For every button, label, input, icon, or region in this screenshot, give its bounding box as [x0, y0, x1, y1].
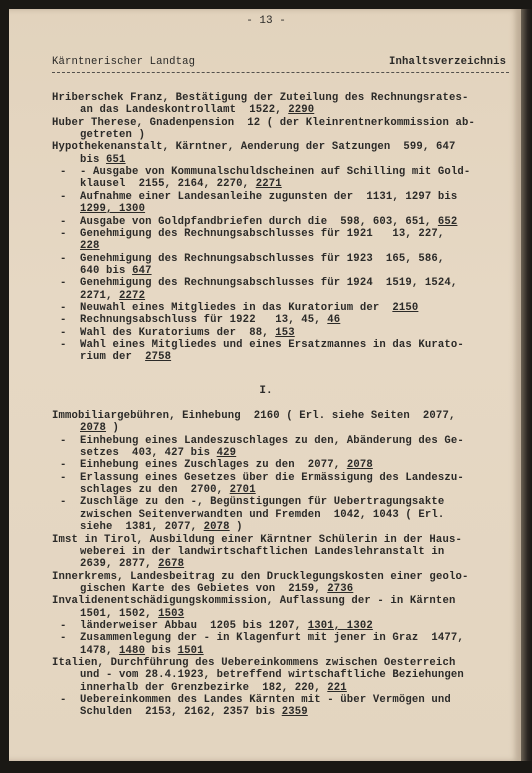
page-reference: 2758: [145, 351, 171, 363]
index-subentry: rium der 2758: [80, 351, 171, 363]
index-subentry: Wahl eines Mitgliedes und eines Ersatzma…: [80, 339, 464, 351]
entry-text: Neuwahl eines Mitgliedes in das Kuratori…: [80, 302, 392, 314]
entry-text: Schulden 2153, 2162, 2357 bis: [80, 706, 282, 718]
list-bullet-dash: -: [60, 191, 67, 203]
entry-text: ): [230, 521, 243, 533]
entry-text: Ausbildung einer Kärntner Schülerin in d…: [143, 534, 462, 546]
index-subentry: 1478, 1480 bis 1501: [80, 645, 204, 657]
index-subentry: Genehmigung des Rechnungsabschlusses für…: [80, 228, 444, 240]
page-reference: 651: [106, 154, 126, 166]
entry-text: Wahl eines Mitgliedes und eines Ersatzma…: [80, 339, 464, 351]
entry-text: Aufnahme einer Landesanleihe zugunsten d…: [80, 191, 457, 203]
list-bullet-dash: -: [60, 166, 67, 178]
entry-text: und - vom 28.4.1923, betreffend wirtscha…: [80, 669, 464, 681]
page-reference: 2359: [282, 706, 308, 718]
index-subentry: 2639, 2877, 2678: [80, 558, 184, 570]
entry-text: Einhebung eines Landeszuschlages zu den,…: [80, 435, 464, 447]
page-reference: 2271: [256, 178, 282, 190]
page-reference: 2701: [230, 484, 256, 496]
index-entry: Imst in Tirol, Ausbildung einer Kärntner…: [52, 534, 462, 546]
page-reference: 2272: [119, 290, 145, 302]
entry-text: siehe 1381, 2077,: [80, 521, 204, 533]
index-subentry: 1501, 1502, 1503: [80, 608, 184, 620]
entry-text: schlages zu den 2700,: [80, 484, 230, 496]
index-subentry: Einhebung eines Zuschlages zu den 2077, …: [80, 459, 373, 471]
entry-keyword: Innerkrems,: [52, 571, 124, 583]
list-bullet-dash: -: [60, 327, 67, 339]
page-reference: 1480: [119, 645, 145, 657]
entry-text: Wahl des Kuratoriums der 88,: [80, 327, 275, 339]
index-subentry: und - vom 28.4.1923, betreffend wirtscha…: [80, 669, 464, 681]
entry-text: Rechnungsabschluss für 1922 13, 45,: [80, 314, 327, 326]
entry-text: Uebereinkommen des Landes Kärnten mit - …: [80, 694, 451, 706]
index-subentry: Genehmigung des Rechnungsabschlusses für…: [80, 277, 457, 289]
list-bullet-dash: -: [60, 314, 67, 326]
list-bullet-dash: -: [60, 302, 67, 314]
entry-text: Genehmigung des Rechnungsabschlusses für…: [80, 277, 457, 289]
page-reference: 1501: [178, 645, 204, 657]
index-subentry: schlages zu den 2700, 2701: [80, 484, 256, 496]
entry-text: Durchführung des Uebereinkommens zwische…: [104, 657, 455, 669]
entry-keyword: Hypothekenanstalt,: [52, 141, 169, 153]
list-bullet-dash: -: [60, 253, 67, 265]
page-reference: 153: [275, 327, 295, 339]
list-bullet-dash: -: [60, 277, 67, 289]
index-subentry: weberei in der landwirtschaftlichen Land…: [80, 546, 444, 558]
page-reference: 46: [327, 314, 340, 326]
header-title: Kärntnerischer Landtag: [52, 56, 195, 68]
index-subentry: Genehmigung des Rechnungsabschlusses für…: [80, 253, 444, 265]
entry-text: Einhebung 2160 ( Erl. siehe Seiten 2077,: [176, 410, 456, 422]
entry-text: Zusammenlegung der - in Klagenfurt mit j…: [80, 632, 464, 644]
list-bullet-dash: -: [60, 339, 67, 351]
index-subentry: Neuwahl eines Mitgliedes in das Kuratori…: [80, 302, 418, 314]
index-subentry: getreten ): [80, 129, 145, 141]
entry-text: ): [106, 422, 119, 434]
entry-text: 1478,: [80, 645, 119, 657]
entry-text: - Ausgabe von Kommunalschuldscheinen auf…: [80, 166, 470, 178]
page-number: - 13 -: [0, 15, 532, 27]
entry-text: an das Landeskontrollamt 1522,: [80, 104, 288, 116]
entry-text: Bestätigung der Zuteilung des Rechnungsr…: [169, 92, 468, 104]
index-subentry: 1299, 1300: [80, 203, 145, 215]
entry-text: zwischen Seitenverwandten und Fremden 10…: [80, 509, 444, 521]
entry-text: Zuschläge zu den -, Begünstigungen für U…: [80, 496, 444, 508]
page-reference: 2078: [204, 521, 230, 533]
entry-keyword: Imst in Tirol,: [52, 534, 143, 546]
entry-text: Ausgabe von Goldpfandbriefen durch die 5…: [80, 216, 438, 228]
index-subentry: an das Landeskontrollamt 1522, 2290: [80, 104, 314, 116]
entry-keyword: Italien,: [52, 657, 104, 669]
entry-text: Gnadenpension 12 ( der Kleinrentnerkommi…: [143, 117, 475, 129]
index-subentry: - Ausgabe von Kommunalschuldscheinen auf…: [80, 166, 470, 178]
index-entry: Hriberschek Franz, Bestätigung der Zutei…: [52, 92, 468, 104]
index-subentry: Zusammenlegung der - in Klagenfurt mit j…: [80, 632, 464, 644]
section-heading: I.: [0, 385, 532, 397]
entry-text: Auflassung der - in Kärnten: [273, 595, 455, 607]
page-reference: 1301, 1302: [308, 620, 373, 632]
index-subentry: 2271, 2272: [80, 290, 145, 302]
entry-text: länderweiser Abbau 1205 bis 1207,: [80, 620, 308, 632]
index-entry: Italien, Durchführung des Uebereinkommen…: [52, 657, 455, 669]
page-reference: 2736: [327, 583, 353, 595]
list-bullet-dash: -: [60, 459, 67, 471]
index-entry: Invalidenentschädigungskommission, Aufla…: [52, 595, 455, 607]
index-entry: Hypothekenanstalt, Kärntner, Aenderung d…: [52, 141, 455, 153]
index-subentry: Zuschläge zu den -, Begünstigungen für U…: [80, 496, 444, 508]
entry-text: 640 bis: [80, 265, 132, 277]
list-bullet-dash: -: [60, 228, 67, 240]
entry-text: Landesbeitrag zu den Drucklegungskosten …: [124, 571, 469, 583]
entry-text: klausel 2155, 2164, 2270,: [80, 178, 256, 190]
page-reference: 2290: [288, 104, 314, 116]
index-subentry: Einhebung eines Landeszuschlages zu den,…: [80, 435, 464, 447]
index-subentry: 228: [80, 240, 100, 252]
page-reference: 2078: [347, 459, 373, 471]
entry-text: 1501, 1502,: [80, 608, 158, 620]
header-section: Inhaltsverzeichnis: [389, 56, 506, 68]
index-subentry: siehe 1381, 2077, 2078 ): [80, 521, 243, 533]
list-bullet-dash: -: [60, 472, 67, 484]
entry-text: getreten ): [80, 129, 145, 141]
index-subentry: Aufnahme einer Landesanleihe zugunsten d…: [80, 191, 457, 203]
page-reference: 1299, 1300: [80, 203, 145, 215]
index-subentry: 2078 ): [80, 422, 119, 434]
page-reference: 1503: [158, 608, 184, 620]
entry-text: gischen Karte des Gebietes von 2159,: [80, 583, 327, 595]
index-subentry: 640 bis 647: [80, 265, 152, 277]
list-bullet-dash: -: [60, 216, 67, 228]
entry-text: innerhalb der Grenzbezirke 182, 220,: [80, 682, 327, 694]
index-subentry: Rechnungsabschluss für 1922 13, 45, 46: [80, 314, 340, 326]
entry-text: 2639, 2877,: [80, 558, 158, 570]
entry-text: bis: [145, 645, 178, 657]
entry-text: bis: [80, 154, 106, 166]
entry-text: rium der: [80, 351, 145, 363]
page-reference: 221: [327, 682, 347, 694]
page-reference: 2150: [392, 302, 418, 314]
index-subentry: innerhalb der Grenzbezirke 182, 220, 221: [80, 682, 347, 694]
page-reference: 2678: [158, 558, 184, 570]
index-subentry: Uebereinkommen des Landes Kärnten mit - …: [80, 694, 451, 706]
index-subentry: gischen Karte des Gebietes von 2159, 273…: [80, 583, 353, 595]
index-entry: Immobiliargebühren, Einhebung 2160 ( Erl…: [52, 410, 455, 422]
entry-text: Einhebung eines Zuschlages zu den 2077,: [80, 459, 347, 471]
page-reference: 429: [217, 447, 237, 459]
index-subentry: zwischen Seitenverwandten und Fremden 10…: [80, 509, 444, 521]
entry-text: Kärntner, Aenderung der Satzungen 599, 6…: [169, 141, 455, 153]
list-bullet-dash: -: [60, 632, 67, 644]
list-bullet-dash: -: [60, 435, 67, 447]
page-reference: 2078: [80, 422, 106, 434]
entry-keyword: Huber Therese,: [52, 117, 143, 129]
header-divider: [52, 72, 509, 73]
entry-text: weberei in der landwirtschaftlichen Land…: [80, 546, 444, 558]
index-entry: Innerkrems, Landesbeitrag zu den Druckle…: [52, 571, 468, 583]
entry-text: Genehmigung des Rechnungsabschlusses für…: [80, 253, 444, 265]
list-bullet-dash: -: [60, 694, 67, 706]
index-subentry: Schulden 2153, 2162, 2357 bis 2359: [80, 706, 308, 718]
list-bullet-dash: -: [60, 496, 67, 508]
page-reference: 647: [132, 265, 152, 277]
entry-keyword: Invalidenentschädigungskommission,: [52, 595, 273, 607]
index-subentry: länderweiser Abbau 1205 bis 1207, 1301, …: [80, 620, 373, 632]
entry-text: setzes 403, 427 bis: [80, 447, 217, 459]
index-subentry: bis 651: [80, 154, 126, 166]
index-subentry: Wahl des Kuratoriums der 88, 153: [80, 327, 295, 339]
entry-keyword: Immobiliargebühren,: [52, 410, 176, 422]
list-bullet-dash: -: [60, 620, 67, 632]
entry-text: Erlassung eines Gesetzes über die Ermäss…: [80, 472, 464, 484]
entry-text: Genehmigung des Rechnungsabschlusses für…: [80, 228, 444, 240]
page-reference: 228: [80, 240, 100, 252]
index-subentry: klausel 2155, 2164, 2270, 2271: [80, 178, 282, 190]
entry-text: 2271,: [80, 290, 119, 302]
index-entry: Huber Therese, Gnadenpension 12 ( der Kl…: [52, 117, 475, 129]
index-subentry: Erlassung eines Gesetzes über die Ermäss…: [80, 472, 464, 484]
page-reference: 652: [438, 216, 458, 228]
index-subentry: Ausgabe von Goldpfandbriefen durch die 5…: [80, 216, 457, 228]
entry-keyword: Hriberschek Franz,: [52, 92, 169, 104]
index-subentry: setzes 403, 427 bis 429: [80, 447, 236, 459]
